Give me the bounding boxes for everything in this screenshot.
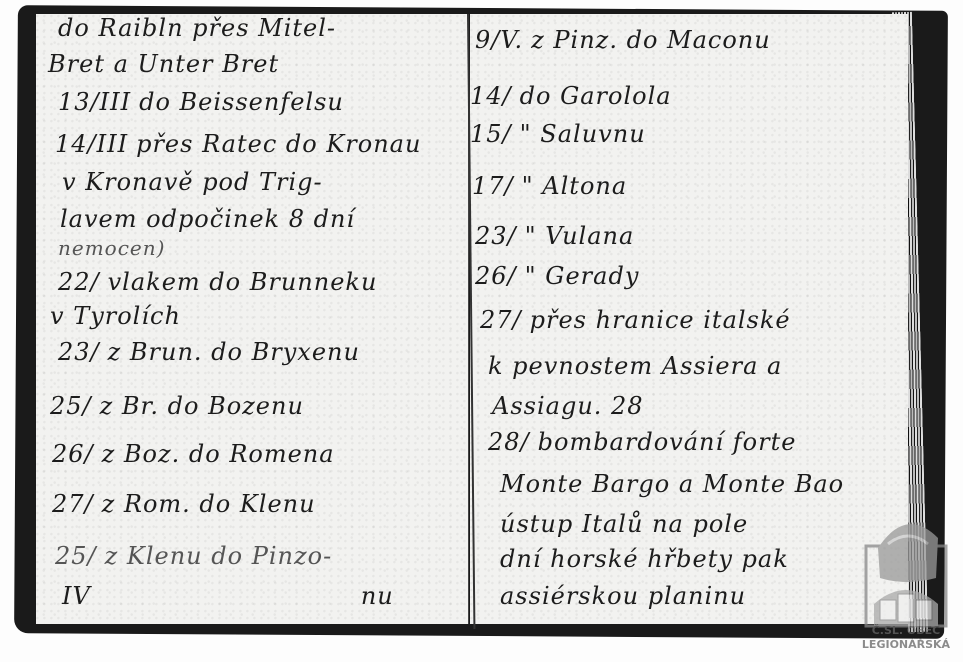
entry-date: 23/	[58, 338, 100, 366]
right-line-10: 28/bombardování forte	[488, 428, 796, 456]
left-line-3: 13/IIIdo Beissenfelsu	[58, 88, 344, 116]
entry-date: 17/	[472, 172, 514, 200]
left-line-2: Bret a Unter Bret	[48, 50, 279, 78]
right-line-14: assiérskou planinu	[500, 582, 746, 610]
line-text: z Br. do Bozenu	[100, 392, 304, 420]
right-line-8: k pevnostem Assiera a	[488, 352, 782, 380]
left-line-9: v Tyrolích	[50, 302, 181, 330]
line-text: nu	[361, 582, 394, 610]
left-line-14: 25/z Klenu do Pinzo-	[55, 542, 332, 570]
right-line-6: 26/" Gerady	[475, 262, 639, 290]
line-text: Monte Bargo a Monte Bao	[500, 470, 844, 498]
line-text: " Gerady	[525, 262, 640, 290]
line-text: přes Ratec do Kronau	[136, 130, 421, 158]
line-text: dní horské hřbety pak	[500, 545, 789, 573]
line-text: z Brun. do Bryxenu	[108, 338, 360, 366]
left-line-8: 22/vlakem do Brunneku	[58, 268, 377, 296]
right-line-9: Assiagu. 28	[492, 392, 644, 420]
entry-date: 15/	[470, 120, 512, 148]
right-line-5: 23/" Vulana	[475, 222, 634, 250]
line-text: " Saluvnu	[520, 120, 646, 148]
entry-date: 25/	[50, 392, 92, 420]
line-text: do Beissenfelsu	[139, 88, 344, 116]
left-line-1: do Raibln přes Mitel-	[58, 14, 336, 42]
left-line-15: IVnu	[62, 582, 394, 610]
line-text: k pevnostem Assiera a	[488, 352, 782, 380]
legion-watermark-logo: Č.SL. OBEC LEGIONÁŘSKÁ	[858, 508, 954, 654]
line-text: z Pinz. do Maconu	[531, 26, 771, 54]
stamp-line-1: Č.SL. OBEC	[858, 624, 954, 637]
right-line-7: 27/přes hranice italské	[480, 306, 791, 334]
entry-date: 26/	[52, 440, 94, 468]
entry-date: 28/	[488, 428, 530, 456]
left-line-7: nemocen)	[58, 236, 165, 260]
stamp-line-2: LEGIONÁŘSKÁ	[858, 638, 954, 651]
line-text: ústup Italů na pole	[500, 510, 748, 538]
entry-date: 13/III	[58, 88, 131, 116]
line-text: vlakem do Brunneku	[108, 268, 378, 296]
entry-date: 25/	[55, 542, 97, 570]
line-text: bombardování forte	[538, 428, 797, 456]
left-line-5: v Kronavě pod Trig-	[62, 168, 323, 196]
line-text: v Tyrolích	[50, 302, 181, 330]
right-line-13: dní horské hřbety pak	[500, 545, 789, 573]
line-text: do Garolola	[520, 82, 672, 110]
line-text: Assiagu. 28	[492, 392, 644, 420]
right-line-1: 9/V.z Pinz. do Maconu	[475, 26, 771, 54]
line-text: " Vulana	[525, 222, 635, 250]
left-line-11: 25/z Br. do Bozenu	[50, 392, 304, 420]
line-text: lavem odpočinek 8 dní	[60, 205, 355, 233]
entry-date: 22/	[58, 268, 100, 296]
line-text: v Kronavě pod Trig-	[62, 168, 323, 196]
left-line-12: 26/z Boz. do Romena	[52, 440, 335, 468]
right-line-4: 17/" Altona	[472, 172, 627, 200]
line-text: Bret a Unter Bret	[48, 50, 279, 78]
entry-date: 9/V.	[475, 26, 523, 54]
line-text: z Rom. do Klenu	[102, 490, 316, 518]
entry-date: 23/	[475, 222, 517, 250]
left-line-6: lavem odpočinek 8 dní	[60, 205, 355, 233]
entry-date: 14/III	[55, 130, 128, 158]
right-line-3: 15/" Saluvnu	[470, 120, 646, 148]
right-line-11: Monte Bargo a Monte Bao	[500, 470, 844, 498]
line-text: " Altona	[522, 172, 628, 200]
left-line-13: 27/z Rom. do Klenu	[52, 490, 316, 518]
left-line-4: 14/IIIpřes Ratec do Kronau	[55, 130, 421, 158]
right-line-2: 14/do Garolola	[470, 82, 672, 110]
line-text: assiérskou planinu	[500, 582, 746, 610]
entry-date: IV	[62, 582, 91, 610]
line-text: z Boz. do Romena	[102, 440, 335, 468]
scanned-document: do Raibln přes Mitel- Bret a Unter Bret …	[0, 0, 963, 662]
left-line-10: 23/z Brun. do Bryxenu	[58, 338, 360, 366]
line-text: z Klenu do Pinzo-	[105, 542, 333, 570]
entry-date: 27/	[480, 306, 522, 334]
entry-date: 26/	[475, 262, 517, 290]
entry-date: 27/	[52, 490, 94, 518]
right-line-12: ústup Italů na pole	[500, 510, 748, 538]
line-text: do Raibln přes Mitel-	[58, 14, 336, 42]
line-text: nemocen)	[58, 236, 165, 260]
entry-date: 14/	[470, 82, 512, 110]
line-text: přes hranice italské	[530, 306, 791, 334]
